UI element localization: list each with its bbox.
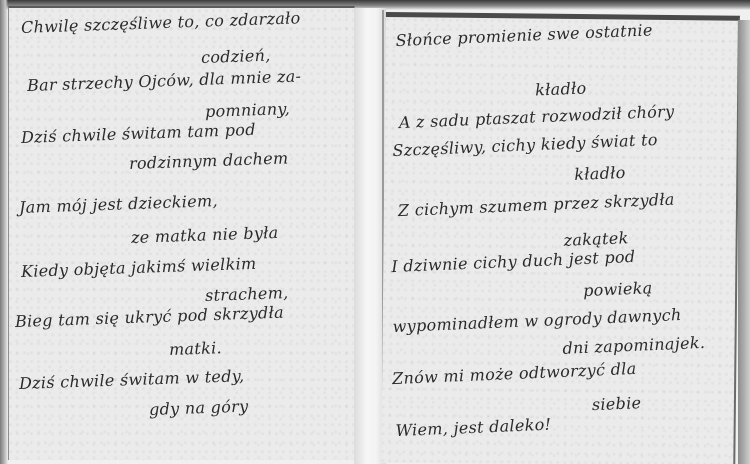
handwritten-line: Wiem, jest daleko! — [395, 415, 551, 441]
handwritten-line: codzień, — [201, 46, 271, 67]
handwritten-line: ze matka nie była — [131, 223, 279, 247]
handwritten-line: siebie — [592, 393, 642, 414]
handwritten-line: rodzinnym dachem — [129, 148, 289, 173]
handwritten-line: kładło — [535, 78, 587, 99]
handwritten-line: Znów mi może odtworzyć dla — [392, 359, 637, 388]
handwritten-line: Bar strzechy Ojców, dla mnie za- — [27, 66, 302, 95]
left-page: Chwilę szczęśliwe to, co zdarzało codzie… — [8, 6, 355, 460]
handwritten-line: Szczęśliwy, cichy kiedy świat to — [392, 130, 658, 160]
handwritten-line: matki. — [169, 338, 222, 359]
handwritten-line: Jam mój jest dzieckiem, — [19, 191, 218, 217]
handwritten-line: wypominadłem w ogrody dawnych — [392, 305, 682, 336]
left-edge-shadow — [0, 0, 8, 464]
handwritten-line: Dziś chwile świtam w tedy, — [19, 366, 245, 393]
handwritten-line: I dziwnie cichy duch jest pod — [391, 247, 636, 276]
handwritten-line: kładło — [574, 163, 626, 184]
handwritten-line: strachem, — [205, 283, 289, 305]
handwritten-line: A z sadu ptaszat rozwodził chóry — [398, 102, 674, 133]
handwritten-line: Z cichym szumem przez skrzydła — [398, 190, 676, 221]
handwritten-line: Słońce promienie swe ostatnie — [395, 20, 653, 50]
handwritten-line: Bieg tam się ukryć pod skrzydła — [15, 303, 285, 331]
right-page-text: Słońce promienie swe ostatnie kładło A z… — [386, 17, 738, 21]
handwritten-line: powieką — [583, 278, 653, 300]
right-page: Słońce promienie swe ostatnie kładło A z… — [381, 12, 740, 464]
right-edge-shadow — [738, 20, 750, 464]
handwritten-line: Dziś chwile świtam tam pod — [21, 120, 256, 147]
handwritten-line: dni zapominajek. — [562, 333, 705, 358]
handwritten-line: gdy na góry — [149, 397, 249, 419]
handwritten-line: pomniany, — [205, 99, 291, 121]
handwritten-line: Kiedy objęta jakimś wielkim — [21, 254, 257, 281]
notebook-scan: Chwilę szczęśliwe to, co zdarzało codzie… — [0, 0, 750, 464]
handwritten-line: Chwilę szczęśliwe to, co zdarzało — [21, 8, 301, 37]
